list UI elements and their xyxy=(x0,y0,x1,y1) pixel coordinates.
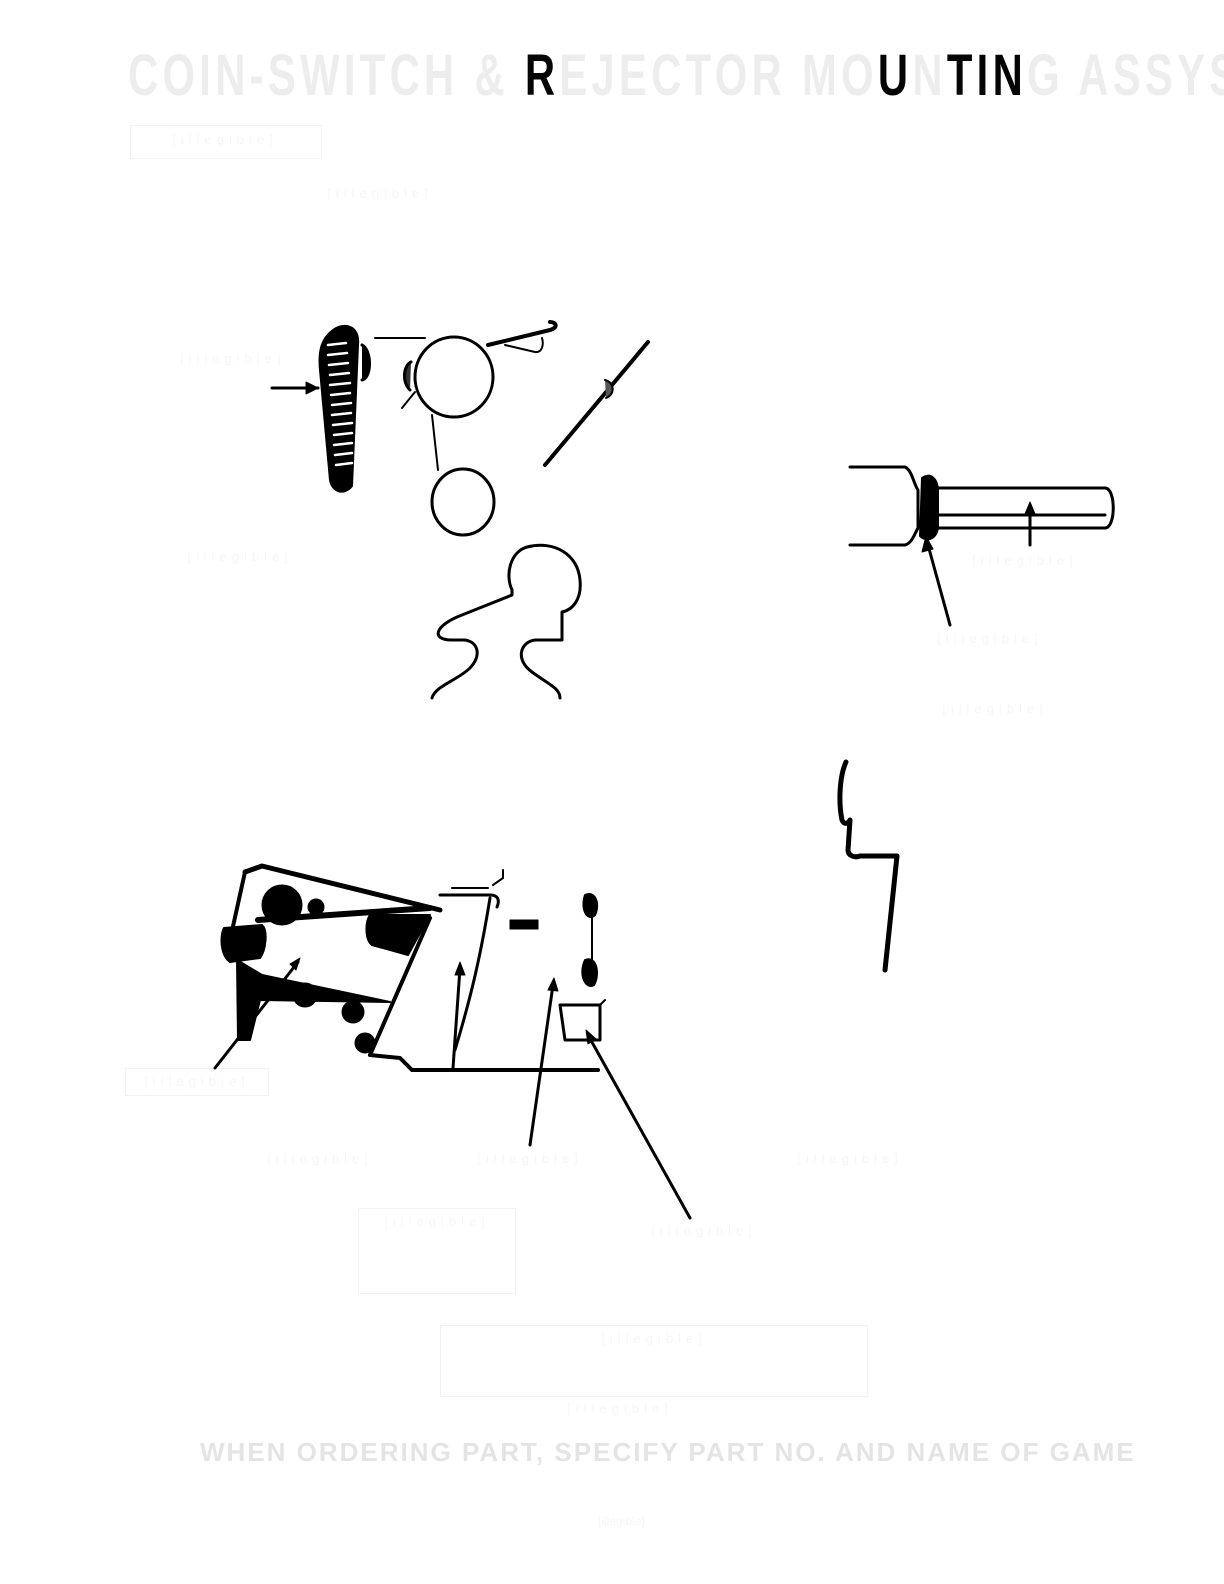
mechanical-drawing xyxy=(0,0,1224,1584)
page-number: [illegible] xyxy=(598,1514,645,1528)
ordering-footer: WHEN ORDERING PART, SPECIFY PART NO. AND… xyxy=(200,1437,1040,1468)
coil-spring-icon xyxy=(320,326,370,492)
